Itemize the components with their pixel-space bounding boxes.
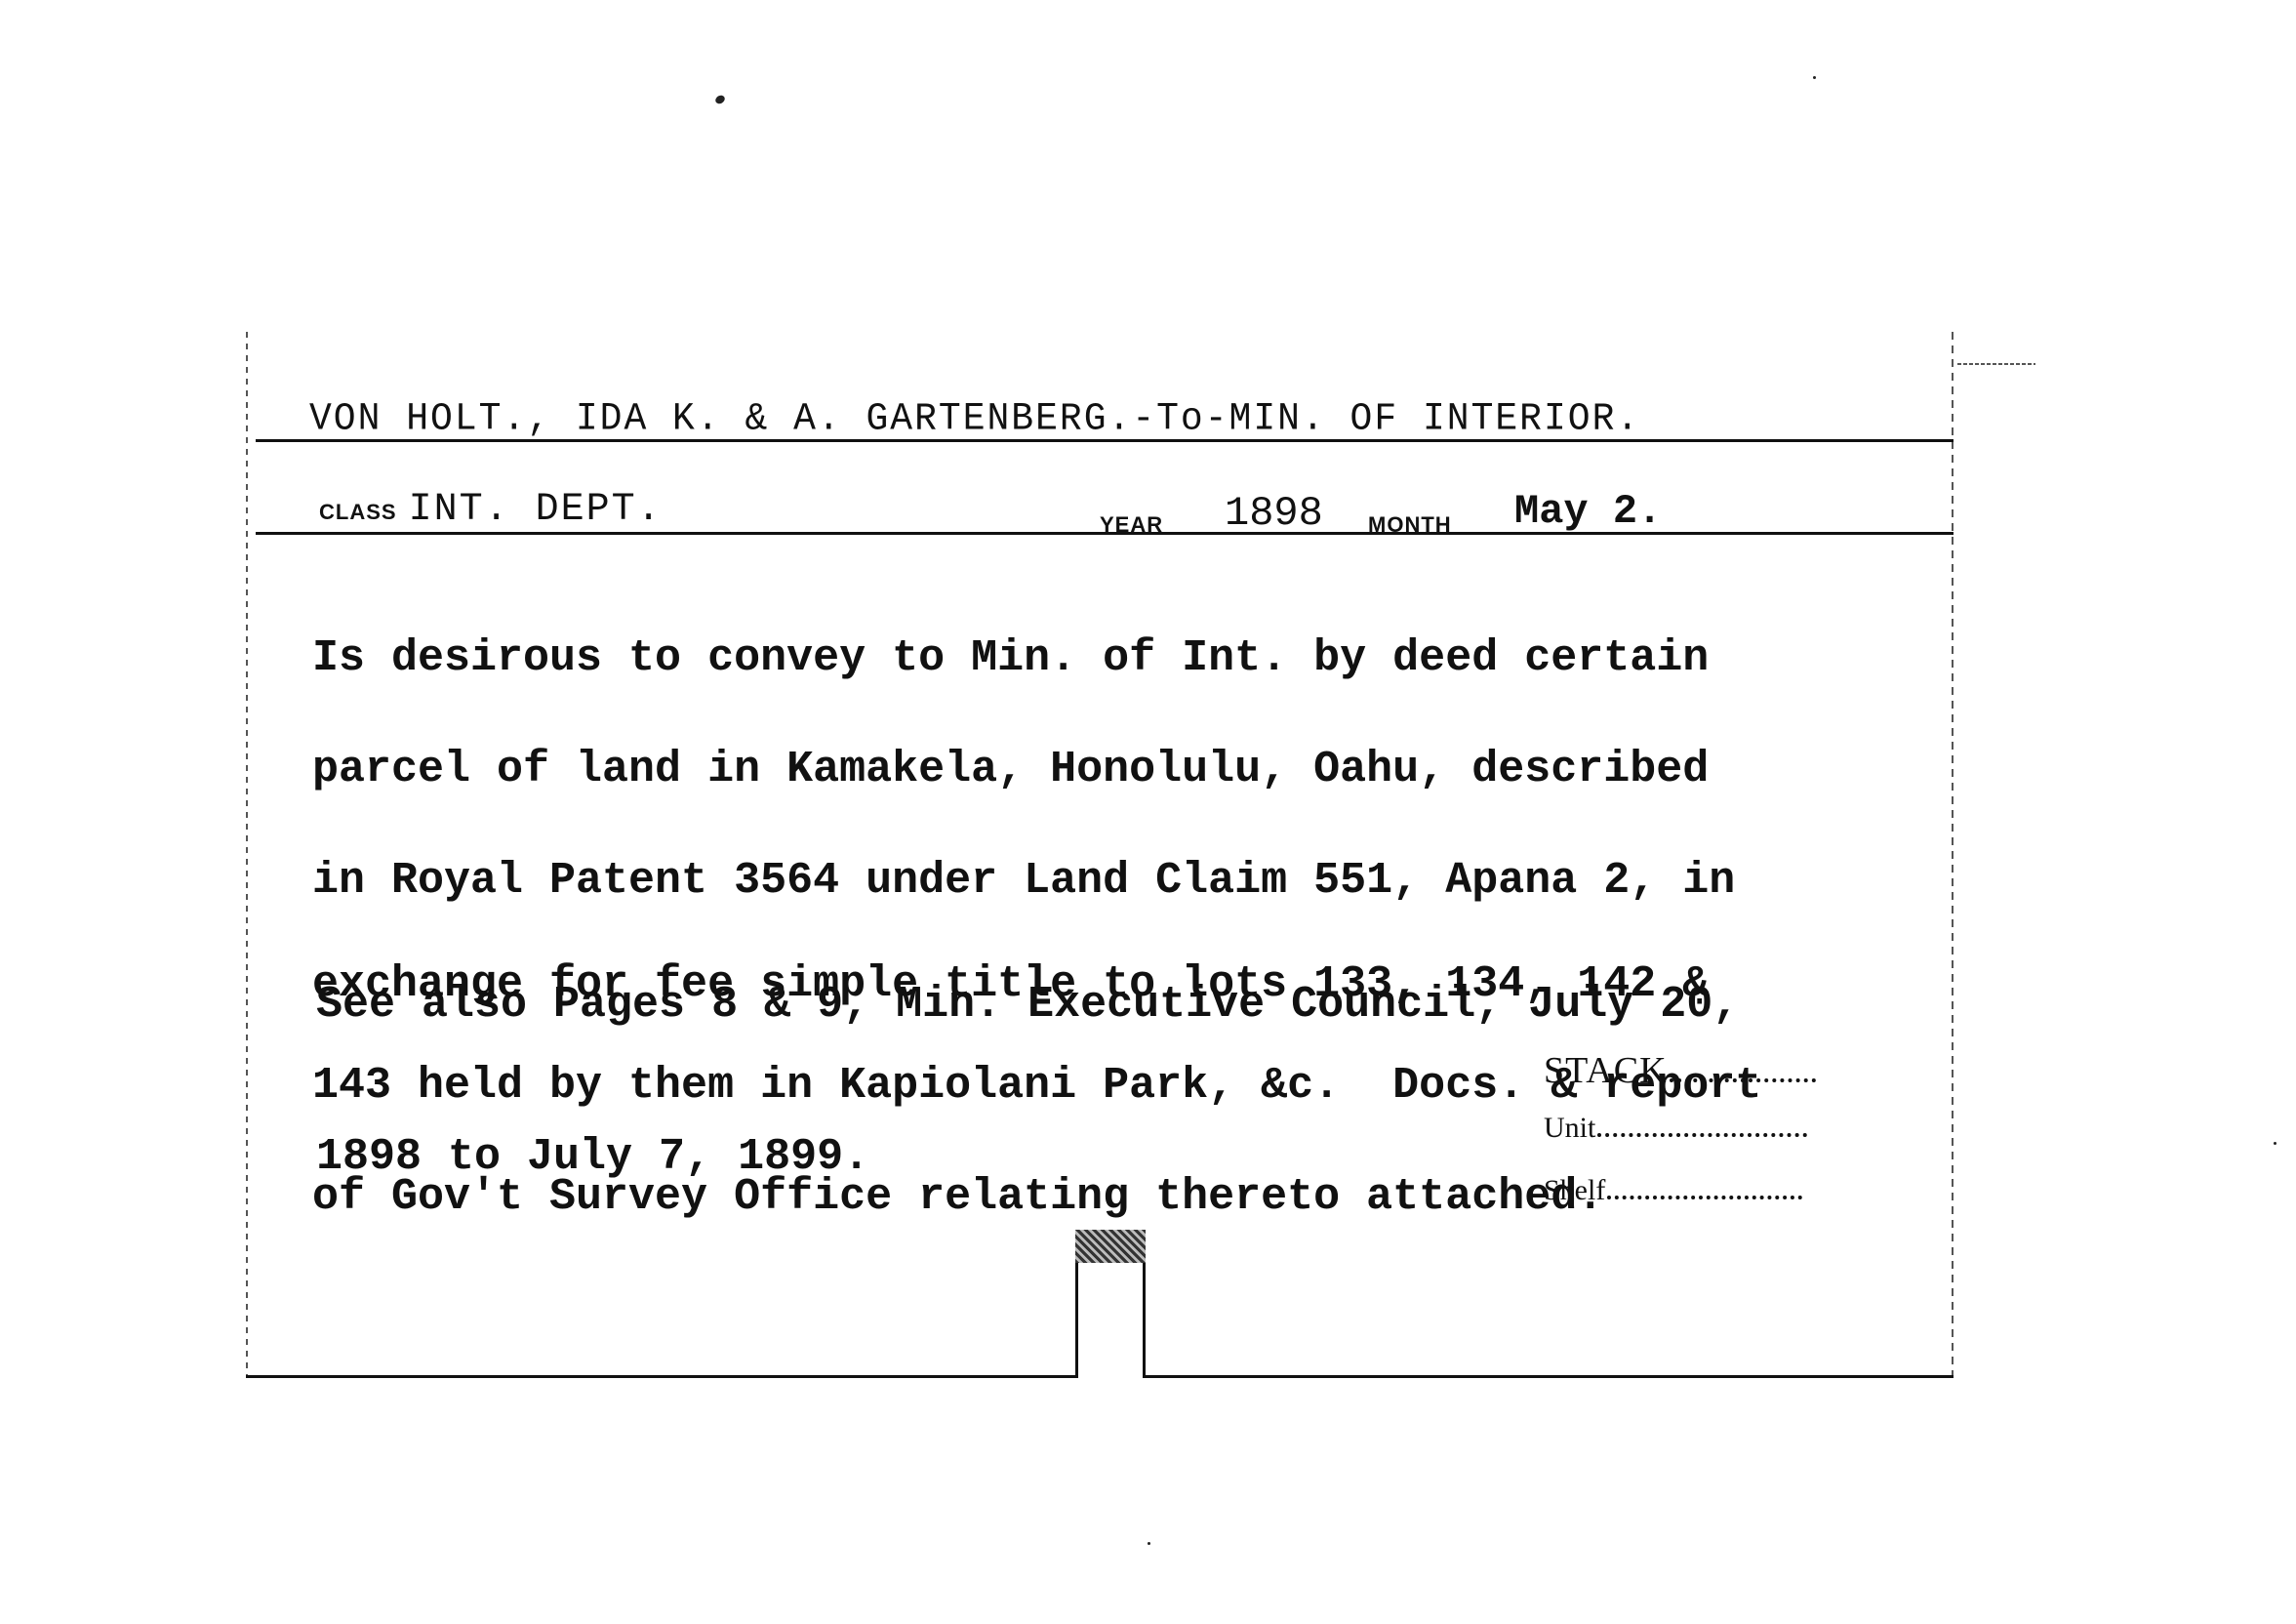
body-line: Is desirous to convey to Min. of Int. by… — [312, 640, 1952, 677]
month-value: May 2. — [1514, 488, 1662, 535]
class-rule — [256, 532, 1954, 535]
unit-label: Unit — [1544, 1112, 1595, 1145]
stack-field: STACK — [1544, 1049, 1816, 1112]
see-also-line: See also Pages 8 & 9, Min. Executive Cou… — [316, 980, 1739, 1031]
body-line: parcel of land in Kamakela, Honolulu, Oa… — [312, 751, 1952, 789]
stack-blank — [1670, 1075, 1816, 1082]
title-rule — [256, 439, 1954, 442]
see-also-line: 1898 to July 7, 1899. — [316, 1132, 1739, 1183]
card-bottom-edge — [246, 1375, 1077, 1378]
scan-speck — [1813, 76, 1816, 79]
shelf-label: Shelf — [1544, 1174, 1605, 1207]
index-card: VON HOLT., IDA K. & A. GARTENBERG.-To-MI… — [246, 332, 1954, 1378]
scan-speck — [1148, 1542, 1150, 1545]
class-value: INT. DEPT. — [409, 488, 663, 532]
class-label: CLASS — [319, 500, 397, 524]
see-also-note: See also Pages 8 & 9, Min. Executive Cou… — [316, 878, 1739, 1284]
card-bottom-edge — [1144, 1375, 1954, 1378]
stack-location-fields: STACK Unit Shelf — [1544, 1049, 1816, 1237]
scan-speck — [714, 94, 727, 105]
shelf-blank — [1607, 1192, 1802, 1199]
unit-field: Unit — [1544, 1112, 1816, 1174]
card-left-edge — [246, 332, 248, 1378]
class-row: CLASSINT. DEPT. — [319, 488, 663, 532]
unit-blank — [1597, 1129, 1807, 1137]
scan-speck — [2274, 1142, 2276, 1145]
card-right-edge — [1952, 332, 1954, 1378]
shelf-field: Shelf — [1544, 1174, 1816, 1237]
margin-tick — [1957, 363, 2035, 365]
stack-label: STACK — [1544, 1049, 1668, 1092]
card-title: VON HOLT., IDA K. & A. GARTENBERG.-To-MI… — [309, 397, 1640, 441]
year-value: 1898 — [1225, 490, 1323, 537]
